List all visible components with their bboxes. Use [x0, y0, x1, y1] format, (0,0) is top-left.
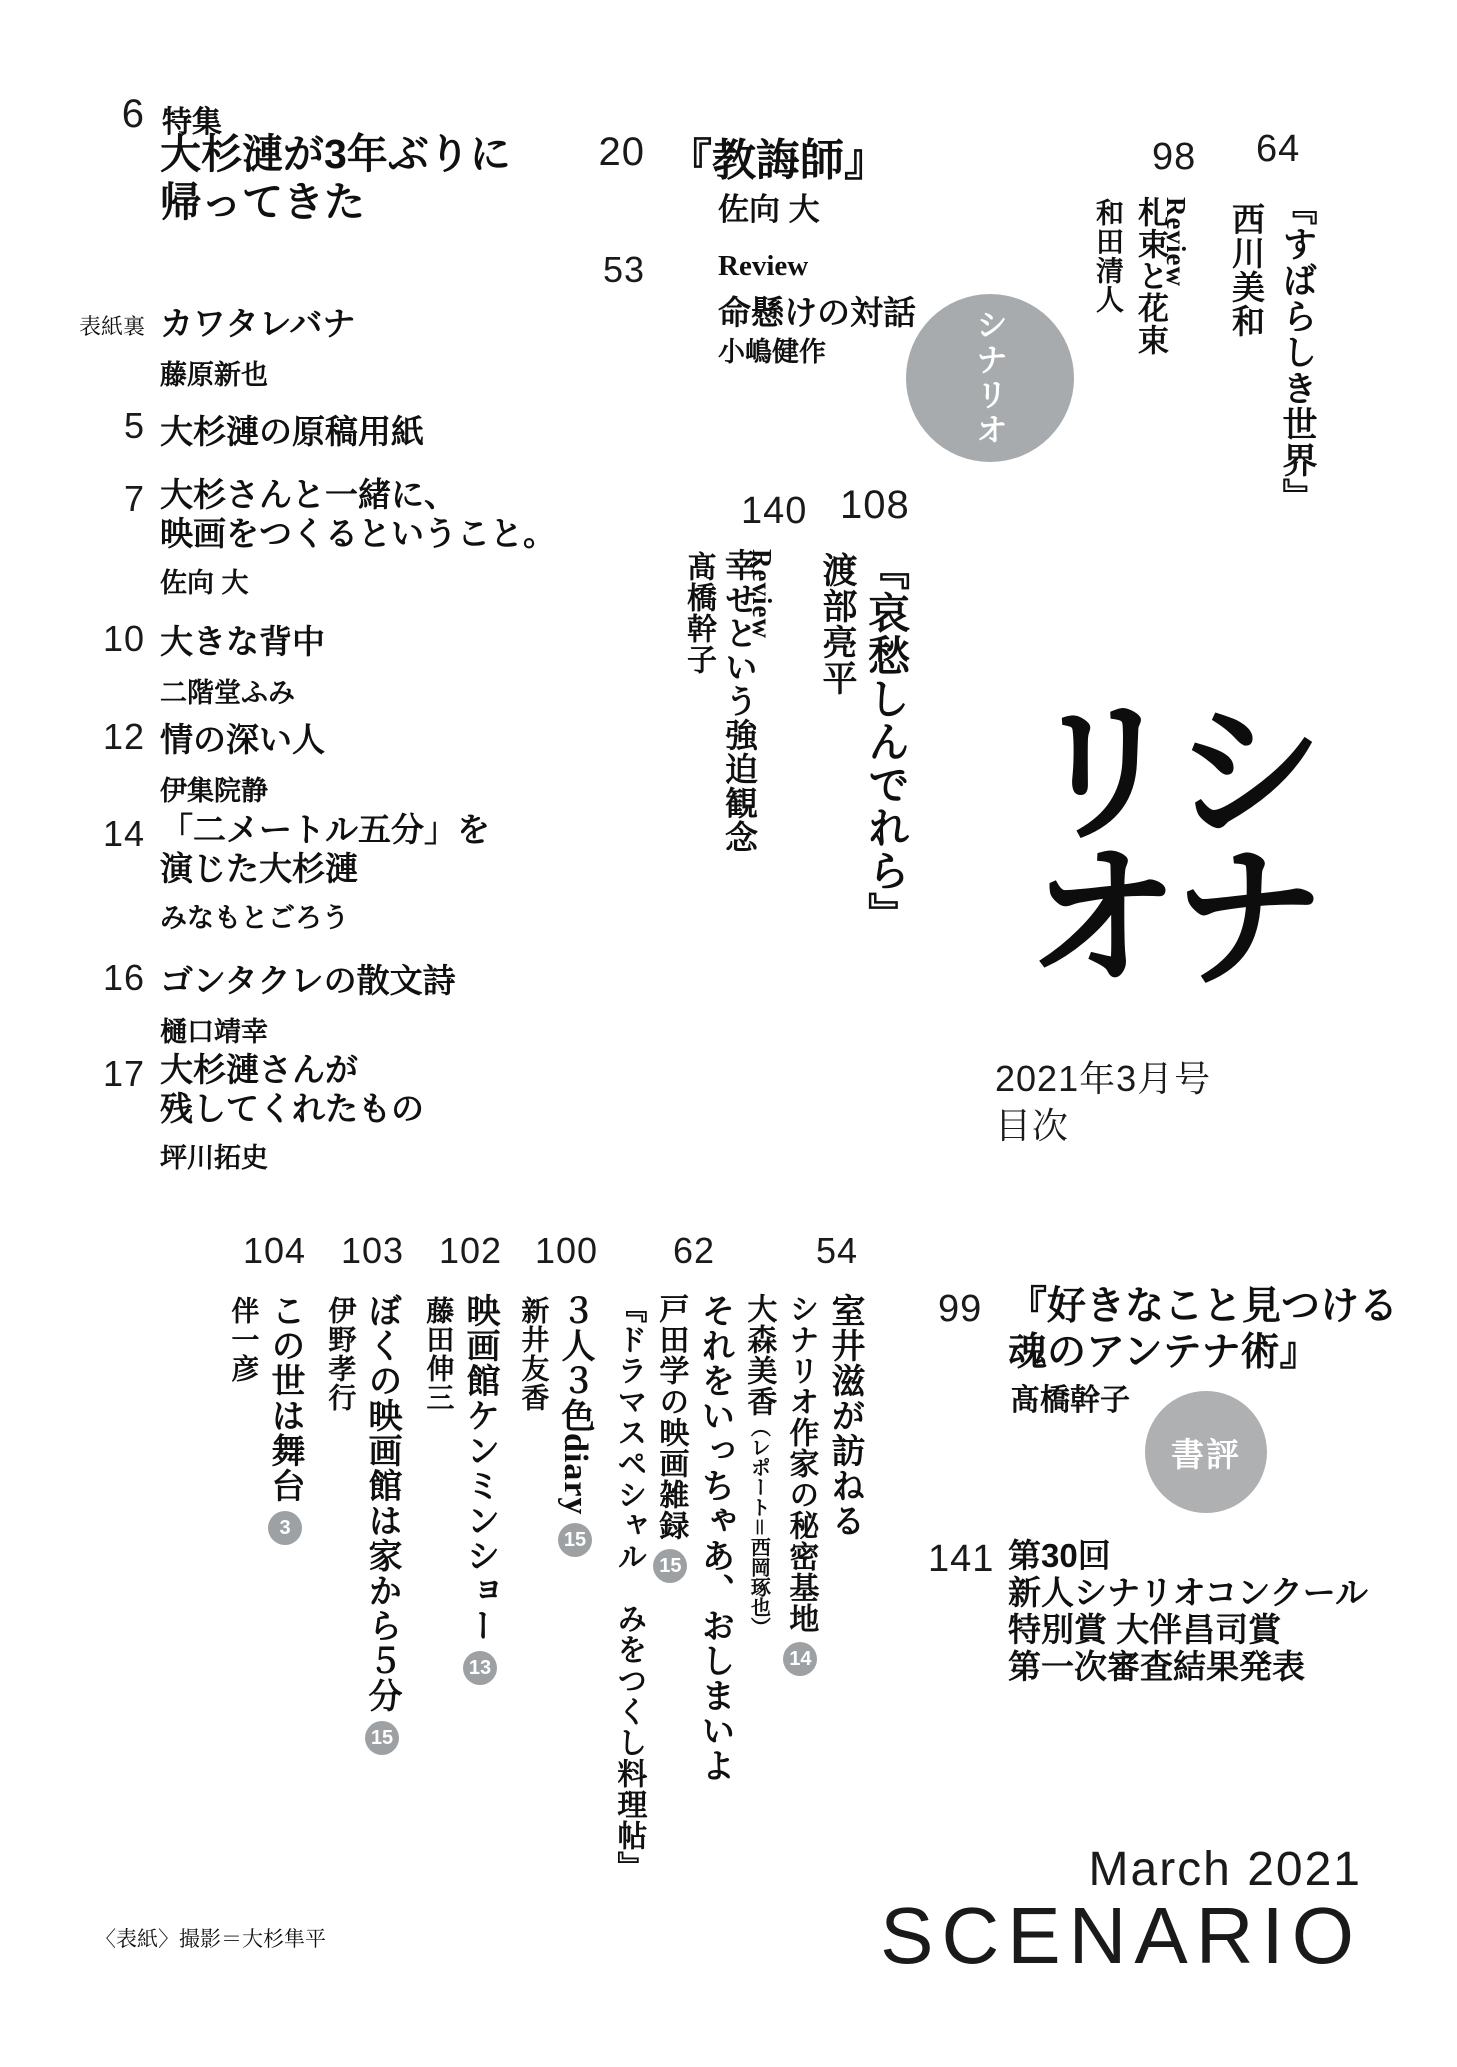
- toc-entry-103: ぼくの映画館は家から５分15 伊野孝行: [326, 1293, 399, 1755]
- scenario-circle-badge: シナリオ: [906, 294, 1074, 462]
- issue-label: 2021年3月号: [995, 1056, 1211, 1103]
- toc-page-number: 14: [60, 813, 145, 855]
- toc-author: 髙橋幹子: [1010, 1375, 1130, 1419]
- toc-author: 佐向 大: [718, 184, 820, 229]
- toc-entry-62: それをいっちゃあ、おしまいよ 戸田学の映画雑録15 『ドラマスペシャル みをつく…: [613, 1293, 732, 1882]
- toc-page-number: 104: [243, 1230, 306, 1272]
- installment-badge: 15: [653, 1549, 687, 1583]
- toc-page-number: 108: [840, 483, 910, 528]
- toc-page-number: 表紙裏: [60, 310, 145, 341]
- toc-title-line1: 大杉さんと一緒に、: [160, 476, 556, 515]
- toc-title-vertical: 映画館ケンミンショー: [461, 1293, 499, 1643]
- footer-magazine-name: SCENARIO: [880, 1890, 1362, 1982]
- toc-title-line2: 魂のアンテナ術』: [1008, 1330, 1398, 1376]
- scenario-circle-text: シナリオ: [967, 308, 1013, 448]
- toc-author-vertical: 和田清人: [1094, 198, 1123, 314]
- toc-page-number: 7: [60, 478, 145, 520]
- toc-page-number: 99: [938, 1288, 982, 1331]
- toc-subtitle-vertical: 戸田学の映画雑録: [654, 1293, 687, 1541]
- toc-title: ゴンタクレの散文詩: [160, 955, 456, 1002]
- footer-month: March 2021: [1089, 1842, 1362, 1897]
- feature-page-number: 6: [95, 92, 145, 137]
- installment-badge: 13: [463, 1651, 497, 1685]
- toc-page-number: 20: [580, 130, 645, 175]
- toc-author: 藤原新也: [160, 353, 355, 392]
- toc-author-vertical: 新井友香: [519, 1293, 548, 1557]
- toc-page-number: 17: [60, 1053, 145, 1095]
- toc-title-line2: 演じた大杉漣: [160, 850, 490, 889]
- toc-entry-104: この世は舞台3 伴一彦: [229, 1293, 302, 1545]
- toc-title: 情の深い人: [160, 714, 325, 761]
- toc-author-vertical: 髙橋幹子: [683, 551, 715, 675]
- toc-label: 目次: [995, 1103, 1211, 1150]
- installment-badge: 15: [558, 1523, 592, 1557]
- toc-title-line1: 『好きなこと見つける: [1008, 1284, 1398, 1330]
- toc-title-vertical: この世は舞台: [266, 1293, 304, 1503]
- toc-page: 6 特集 大杉漣が3年ぶりに 帰ってきた 表紙裏 カワタレバナ 藤原新也 5 大…: [0, 0, 1457, 2067]
- toc-title-vertical: 幸せという強迫観念: [721, 548, 756, 854]
- toc-page-number: 98: [1152, 136, 1196, 179]
- toc-page-number: 10: [60, 618, 145, 660]
- installment-badge: 15: [365, 1721, 399, 1755]
- toc-title-latin: diary: [557, 1433, 594, 1515]
- toc-entry-100: ３人３色diary15 新井友香: [519, 1293, 592, 1557]
- toc-page-number: 64: [1256, 128, 1300, 171]
- toc-author-vertical: 伴一彦: [229, 1293, 258, 1545]
- magazine-logo: シナリオ: [1016, 688, 1307, 1000]
- toc-author: みなもとごろう: [160, 896, 490, 935]
- toc-author: 二階堂ふみ: [160, 671, 325, 710]
- toc-title-vertical: 『哀愁しんでれら』: [864, 548, 908, 935]
- toc-title-vertical: ３人３色: [556, 1293, 594, 1433]
- toc-author-vertical: 大森美香: [742, 1293, 775, 1417]
- toc-title-line1: 大杉漣さんが: [160, 1051, 424, 1090]
- toc-title: カワタレバナ: [160, 298, 355, 345]
- cover-credit: 〈表紙〉撮影＝大杉隼平: [95, 1923, 326, 1953]
- toc-author: 小嶋健作: [718, 330, 826, 369]
- toc-subtitle-vertical: シナリオ作家の秘密基地: [784, 1293, 817, 1634]
- installment-badge: 3: [268, 1511, 302, 1545]
- toc-author: 坪川拓史: [160, 1136, 424, 1175]
- toc-page-number: 5: [60, 405, 145, 447]
- review-label: Review: [718, 250, 808, 283]
- toc-author: 伊集院静: [160, 769, 325, 808]
- toc-title: 命懸けの対話: [718, 287, 916, 334]
- toc-page-number: 140: [741, 490, 807, 533]
- contest-line1: 第30回: [1008, 1538, 1368, 1575]
- contest-line4: 第一次審査結果発表: [1008, 1649, 1368, 1686]
- toc-page-number: 102: [439, 1230, 502, 1272]
- toc-page-number: 54: [816, 1230, 858, 1272]
- toc-page-number: 141: [928, 1538, 994, 1581]
- contest-line2: 新人シナリオコンクール: [1008, 1575, 1368, 1612]
- toc-title-line2: 残してくれたもの: [160, 1090, 424, 1129]
- report-note: （レポート＝西岡琢也）: [747, 1417, 769, 1637]
- toc-page-number: 16: [60, 957, 145, 999]
- feature-title-line2: 帰ってきた: [160, 179, 511, 227]
- toc-subtitle-vertical: 『ドラマスペシャル みをつくし料理帖』: [613, 1293, 644, 1882]
- toc-entry-102: 映画館ケンミンショー13 藤田伸三: [424, 1293, 497, 1685]
- toc-page-number: 53: [580, 249, 645, 291]
- toc-page-number: 12: [60, 716, 145, 758]
- toc-author-vertical: 渡部亮平: [818, 552, 855, 696]
- book-review-circle-text: 書評: [1171, 1429, 1241, 1476]
- toc-title-vertical: ぼくの映画館は家から５分: [363, 1293, 401, 1713]
- toc-title-vertical: 室井滋が訪ねる: [827, 1293, 862, 1676]
- toc-title: 『教誨師』: [668, 124, 888, 188]
- toc-author-vertical: 藤田伸三: [424, 1293, 453, 1685]
- toc-page-number: 100: [535, 1230, 598, 1272]
- feature-title-line1: 大杉漣が3年ぶりに: [160, 131, 511, 179]
- toc-title-vertical: 札束と花束: [1133, 196, 1166, 356]
- toc-title-line2: 映画をつくるということ。: [160, 515, 556, 554]
- toc-page-number: 62: [673, 1230, 715, 1272]
- book-review-circle-badge: 書評: [1145, 1391, 1267, 1513]
- toc-title: 大杉漣の原稿用紙: [160, 406, 424, 453]
- toc-author: 樋口靖幸: [160, 1010, 456, 1049]
- toc-title-vertical: 『すばらしき世界』: [1278, 190, 1315, 514]
- toc-author: 佐向 大: [160, 561, 556, 600]
- toc-author-vertical: 西川美和: [1228, 202, 1263, 338]
- contest-line3: 特別賞 大伴昌司賞: [1008, 1612, 1368, 1649]
- toc-title: 大きな背中: [160, 616, 325, 663]
- toc-title-vertical: それをいっちゃあ、おしまいよ: [697, 1293, 732, 1882]
- installment-badge: 14: [783, 1642, 817, 1676]
- toc-entry-54: 室井滋が訪ねる シナリオ作家の秘密基地14 大森美香（レポート＝西岡琢也）: [743, 1293, 862, 1676]
- toc-page-number: 103: [341, 1230, 404, 1272]
- toc-author-vertical: 伊野孝行: [326, 1293, 355, 1755]
- toc-title-line1: 「二メートル五分」を: [160, 811, 490, 850]
